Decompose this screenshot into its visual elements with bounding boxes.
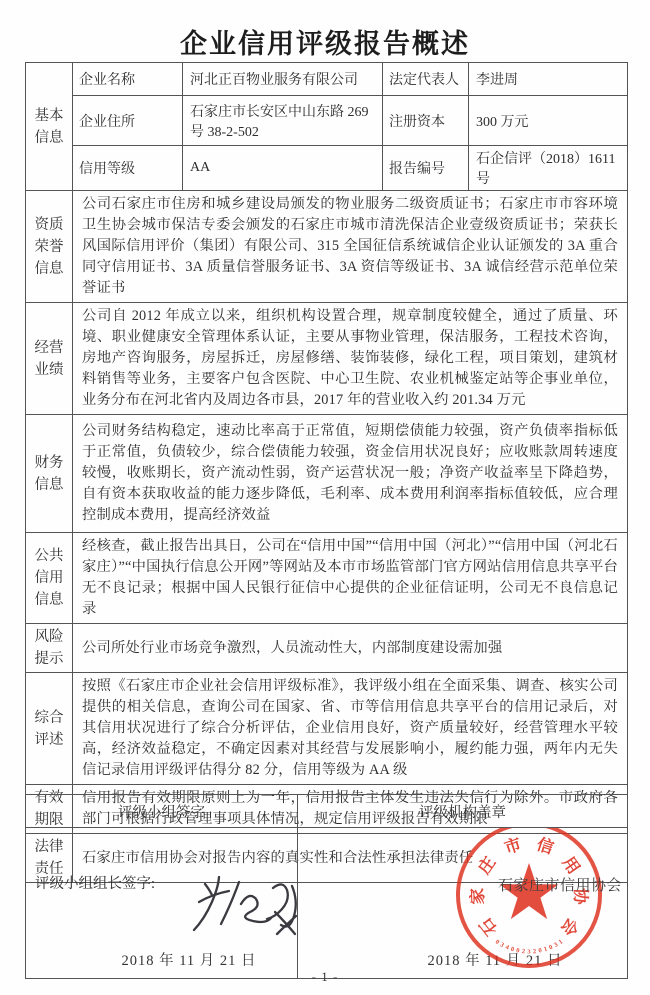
signature-header-team: 评级小组签字 bbox=[26, 795, 298, 828]
team-leader-signature-label: 评级小组组长签字: bbox=[35, 872, 155, 893]
field-value-report-number: 石企信评（2018）1611 号 bbox=[469, 146, 628, 191]
section-content-performance: 公司自 2012 年成立以来，组织机构设置合理，规章制度较健全，通过了质量、环境… bbox=[73, 303, 628, 415]
section-content-finance: 公司财务结构稳定，速动比率高于正常值，短期偿债能力较强，资产负债率指标低于正常值… bbox=[73, 415, 628, 533]
table-row: 综合评述 按照《石家庄市企业社会信用评级标准》，我评级小组在全面采集、调查、核实… bbox=[26, 673, 628, 785]
section-content-summary: 按照《石家庄市企业社会信用评级标准》，我评级小组在全面采集、调查、核实公司提供的… bbox=[73, 673, 628, 785]
section-content-qualifications: 公司石家庄市住房和城乡建设局颁发的物业服务二级资质证书；石家庄市市容环境卫生协会… bbox=[73, 191, 628, 303]
field-value-company-name: 河北正百物业服务有限公司 bbox=[183, 63, 383, 96]
table-row: 风险提示 公司所处行业市场竞争激烈，人员流动性大，内部制度建设需加强 bbox=[26, 624, 628, 673]
section-label-summary: 综合评述 bbox=[26, 673, 73, 785]
section-content-risk: 公司所处行业市场竞争激烈，人员流动性大，内部制度建设需加强 bbox=[73, 624, 628, 673]
section-label-public-credit: 公共信用信息 bbox=[26, 533, 73, 624]
section-label-qualifications: 资质荣誉信息 bbox=[26, 191, 73, 303]
field-label-legal-rep: 法定代表人 bbox=[383, 63, 469, 96]
credit-report-page: 企业信用评级报告概述 基本信息 企业名称 河北正百物业服务有限公司 法定代表人 … bbox=[0, 0, 650, 995]
field-label-credit-rating: 信用等级 bbox=[73, 146, 183, 191]
section-label-risk: 风险提示 bbox=[26, 624, 73, 673]
table-row: 经营业绩 公司自 2012 年成立以来，组织机构设置合理，规章制度较健全，通过了… bbox=[26, 303, 628, 415]
table-row: 公共信用信息 经核查，截止报告出具日，公司在“信用中国”“信用中国（河北）”“信… bbox=[26, 533, 628, 624]
table-row: 评级小组组长签字: 2018 年 11 月 21 日 bbox=[26, 828, 628, 979]
signature-cell-agency: 石家庄市信用协会 1301023200430 石家庄市信用协会 2018 年 1… bbox=[298, 828, 628, 979]
field-value-credit-rating: AA bbox=[183, 146, 383, 191]
signature-header-agency: 评级机构盖章 bbox=[298, 795, 628, 828]
field-label-address: 企业住所 bbox=[73, 96, 183, 146]
page-title: 企业信用评级报告概述 bbox=[0, 22, 650, 61]
section-label-basic-info: 基本信息 bbox=[26, 63, 73, 191]
field-label-company-name: 企业名称 bbox=[73, 63, 183, 96]
official-seal: 石家庄市信用协会 1301023200430 bbox=[456, 828, 602, 969]
page-number: - 1 - bbox=[0, 969, 650, 985]
field-value-address: 石家庄市长安区中山东路 269 号 38-2-502 bbox=[183, 96, 383, 146]
handwritten-signature bbox=[189, 872, 298, 938]
signature-table: 评级小组签字 评级机构盖章 评级小组组长签字: bbox=[25, 794, 628, 979]
section-label-performance: 经营业绩 bbox=[26, 303, 73, 415]
team-signature-date: 2018 年 11 月 21 日 bbox=[26, 949, 297, 970]
table-row: 财务信息 公司财务结构稳定，速动比率高于正常值，短期偿债能力较强，资产负债率指标… bbox=[26, 415, 628, 533]
table-row: 信用等级 AA 报告编号 石企信评（2018）1611 号 bbox=[26, 146, 628, 191]
field-label-registered-capital: 注册资本 bbox=[383, 96, 469, 146]
table-row: 企业住所 石家庄市长安区中山东路 269 号 38-2-502 注册资本 300… bbox=[26, 96, 628, 146]
table-row: 基本信息 企业名称 河北正百物业服务有限公司 法定代表人 李进周 bbox=[26, 63, 628, 96]
section-content-public-credit: 经核查，截止报告出具日，公司在“信用中国”“信用中国（河北）”“信用中国（河北石… bbox=[73, 533, 628, 624]
field-value-registered-capital: 300 万元 bbox=[469, 96, 628, 146]
table-row: 评级小组签字 评级机构盖章 bbox=[26, 795, 628, 828]
field-label-report-number: 报告编号 bbox=[383, 146, 469, 191]
table-row: 资质荣誉信息 公司石家庄市住房和城乡建设局颁发的物业服务二级资质证书；石家庄市市… bbox=[26, 191, 628, 303]
field-value-legal-rep: 李进周 bbox=[469, 63, 628, 96]
report-table: 基本信息 企业名称 河北正百物业服务有限公司 法定代表人 李进周 企业住所 石家… bbox=[25, 62, 628, 883]
agency-name-text: 石家庄市信用协会 bbox=[498, 874, 622, 895]
signature-cell-team: 评级小组组长签字: 2018 年 11 月 21 日 bbox=[26, 828, 298, 979]
section-label-finance: 财务信息 bbox=[26, 415, 73, 533]
